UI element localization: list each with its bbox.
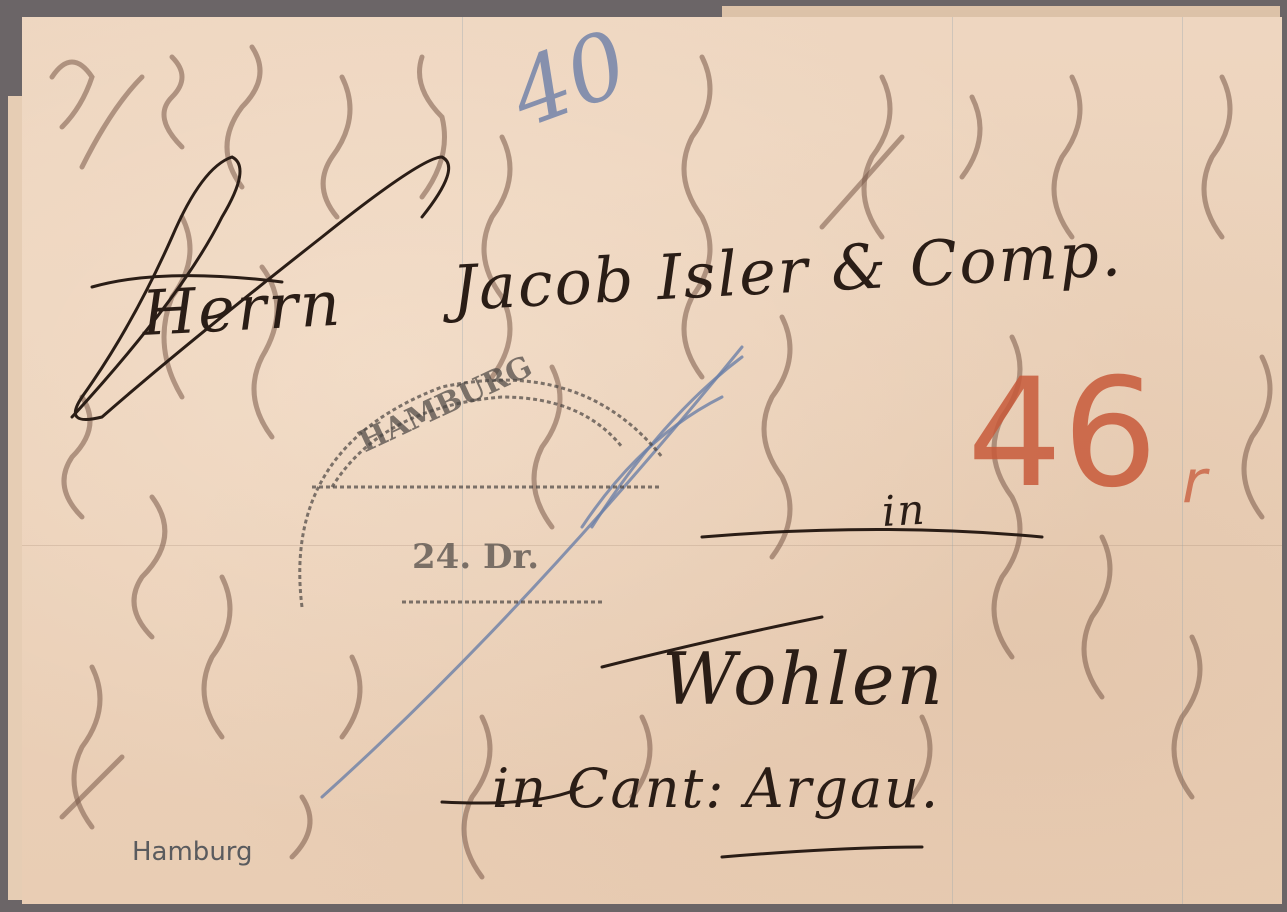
postage-charge-mark: 46 — [967, 347, 1158, 521]
pencil-origin-note: Hamburg — [132, 837, 253, 867]
postage-charge-suffix: r — [1182, 447, 1207, 517]
letter-cover: 40 Herrn Jacob Isler & Comp. in Wohlen i… — [22, 17, 1282, 904]
address-salutation: Herrn — [140, 267, 344, 350]
postmark-date: 24. Dr. — [412, 537, 539, 577]
address-town: Wohlen — [662, 637, 945, 721]
address-region: in Cant: Argau. — [492, 757, 940, 820]
address-preposition: in — [881, 485, 928, 536]
